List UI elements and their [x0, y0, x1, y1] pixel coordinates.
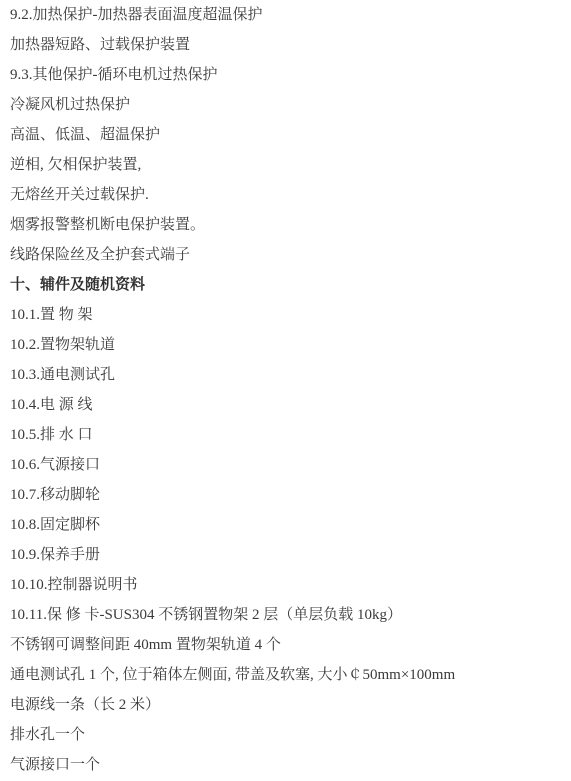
document-line: 10.8.固定脚杯: [10, 510, 563, 540]
document-line: 电源线一条（长 2 米）: [10, 690, 563, 720]
document-line: 冷凝风机过热保护: [10, 90, 563, 120]
document-line: 9.3.其他保护-循环电机过热保护: [10, 60, 563, 90]
document-line: 10.11.保 修 卡-SUS304 不锈钢置物架 2 层（单层负载 10kg）: [10, 600, 563, 630]
document-line: 10.1.置 物 架: [10, 300, 563, 330]
document-line: 无熔丝开关过载保护.: [10, 180, 563, 210]
document-line: 气源接口一个: [10, 750, 563, 780]
document-line: 10.9.保养手册: [10, 540, 563, 570]
document-line: 10.2.置物架轨道: [10, 330, 563, 360]
document-line: 烟雾报警整机断电保护装置。: [10, 210, 563, 240]
document-line: 线路保险丝及全护套式端子: [10, 240, 563, 270]
document-line: 加热器短路、过载保护装置: [10, 30, 563, 60]
document-line: 排水孔一个: [10, 720, 563, 750]
document-line: 通电测试孔 1 个, 位于箱体左侧面, 带盖及软塞, 大小￠50mm×100mm: [10, 660, 563, 690]
document-line: 10.4.电 源 线: [10, 390, 563, 420]
document-line: 9.2.加热保护-加热器表面温度超温保护: [10, 0, 563, 30]
document-line: 高温、低温、超温保护: [10, 120, 563, 150]
document-line: 10.7.移动脚轮: [10, 480, 563, 510]
document-line: 逆相, 欠相保护装置,: [10, 150, 563, 180]
document-line: 10.10.控制器说明书: [10, 570, 563, 600]
document-line: 10.5.排 水 口: [10, 420, 563, 450]
document-line: 10.3.通电测试孔: [10, 360, 563, 390]
document-line: 不锈钢可调整间距 40mm 置物架轨道 4 个: [10, 630, 563, 660]
document-page: 9.2.加热保护-加热器表面温度超温保护 加热器短路、过载保护装置 9.3.其他…: [0, 0, 571, 781]
document-section-heading: 十、辅件及随机资料: [10, 270, 563, 300]
document-line: 10.6.气源接口: [10, 450, 563, 480]
